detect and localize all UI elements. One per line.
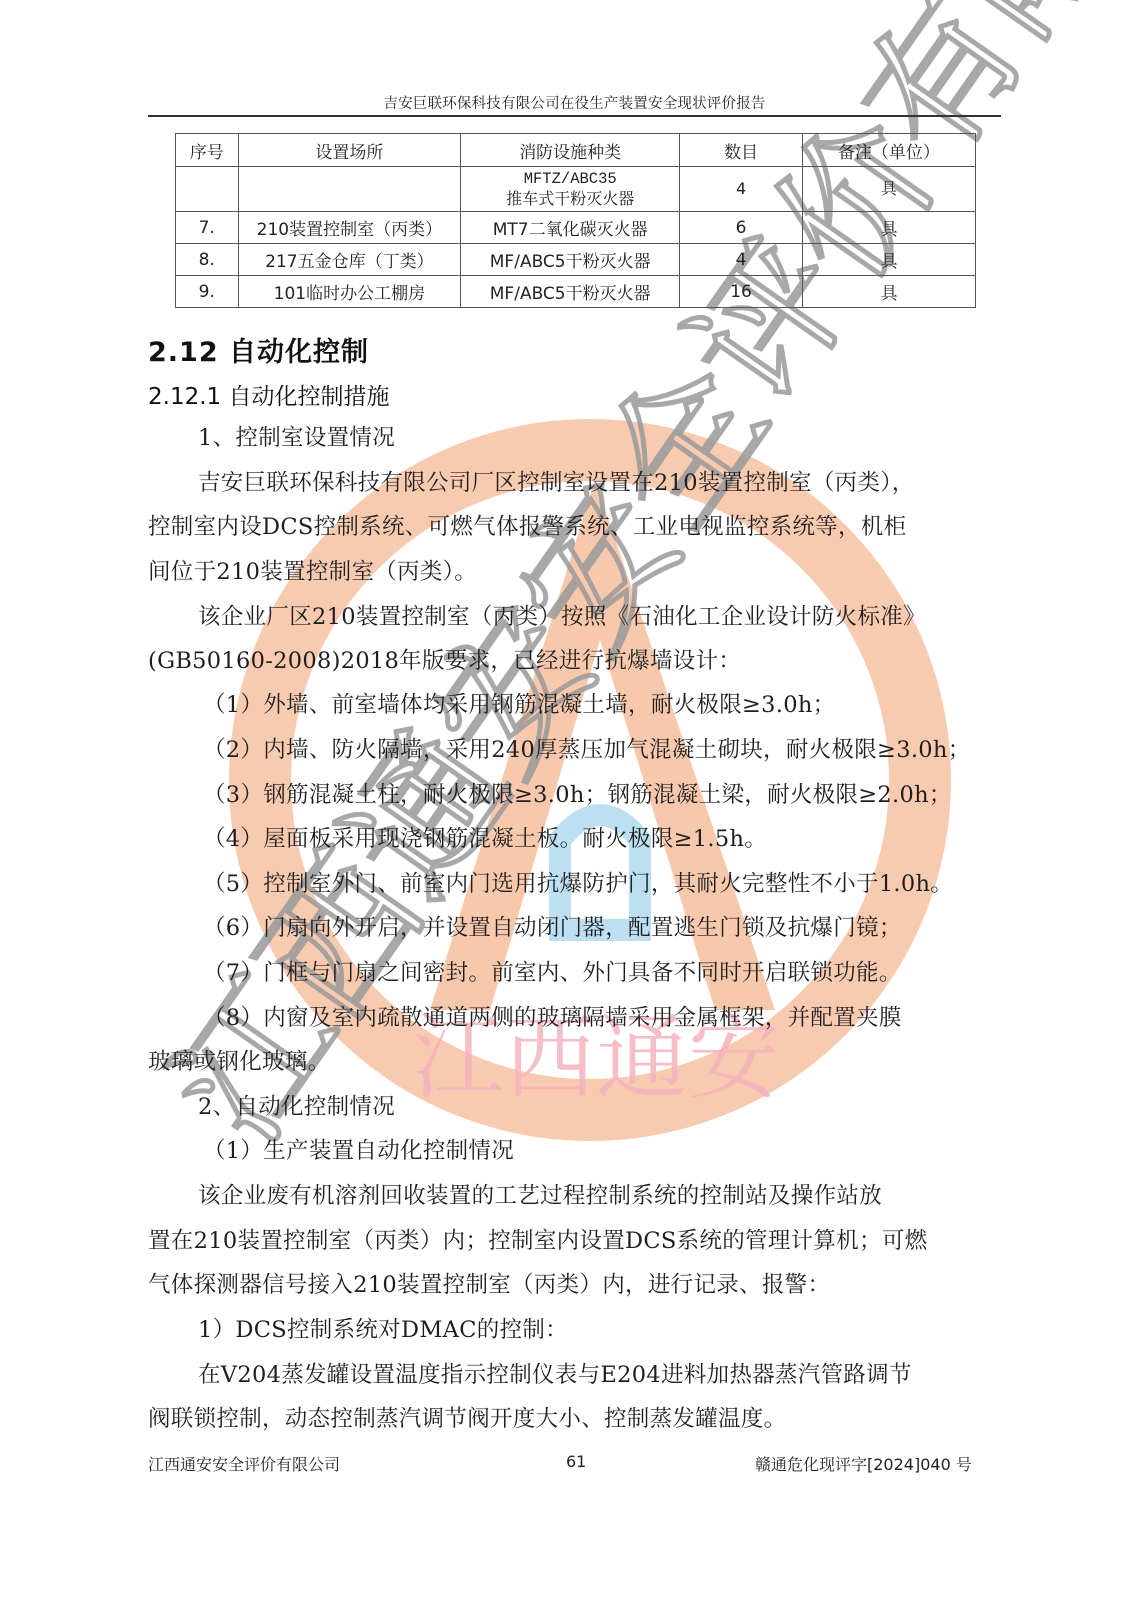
item-heading: 1、控制室设置情况 xyxy=(198,423,1058,453)
list-item: （7）门框与门扇之间密封。前室内、外门具备不同时开启联锁功能。 xyxy=(203,958,1063,988)
list-item: （5）控制室外门、前室内门选用抗爆防护门，其耐火完整性不小于1.0h。 xyxy=(203,869,1063,899)
cell-place xyxy=(238,167,461,212)
cell-type: MF/ABC5干粉灭火器 xyxy=(461,244,680,276)
column-header-place: 设置场所 xyxy=(238,134,461,167)
paragraph-line: (GB50160-2008)2018年版要求，已经进行抗爆墙设计： xyxy=(148,646,1008,676)
column-header-type: 消防设施种类 xyxy=(461,134,680,167)
list-item-continued: 玻璃或钢化玻璃。 xyxy=(148,1047,1008,1077)
list-item: （3）钢筋混凝土柱，耐火极限≥3.0h；钢筋混凝土梁，耐火极限≥2.0h； xyxy=(203,780,1063,810)
header-rule xyxy=(148,115,1001,117)
page-number: 61 xyxy=(566,1452,586,1471)
table-row: 7. 210装置控制室（丙类） MT7二氧化碳灭火器 6 具 xyxy=(176,212,976,244)
cell-count: 4 xyxy=(680,167,803,212)
cell-unit: 具 xyxy=(802,244,975,276)
item-heading: 2、自动化控制情况 xyxy=(198,1092,1058,1122)
paragraph-line: 在V204蒸发罐设置温度指示控制仪表与E204进料加热器蒸汽管路调节 xyxy=(198,1360,1058,1390)
sub-item-heading: 1）DCS控制系统对DMAC的控制： xyxy=(198,1315,1058,1345)
cell-type-model: MFTZ/ABC35 xyxy=(465,169,675,189)
paragraph-line: 间位于210装置控制室（丙类）。 xyxy=(148,557,1008,587)
paragraph-line: 该企业厂区210装置控制室（丙类）按照《石油化工企业设计防火标准》 xyxy=(198,602,1058,632)
cell-seq: 7. xyxy=(176,212,239,244)
cell-type: MFTZ/ABC35 推车式干粉灭火器 xyxy=(461,167,680,212)
table-row: 8. 217五金仓库（丁类） MF/ABC5干粉灭火器 4 具 xyxy=(176,244,976,276)
table-row: 9. 101临时办公工棚房 MF/ABC5干粉灭火器 16 具 xyxy=(176,276,976,308)
cell-place: 217五金仓库（丁类） xyxy=(238,244,461,276)
cell-place: 101临时办公工棚房 xyxy=(238,276,461,308)
list-item: （4）屋面板采用现浇钢筋混凝土板。耐火极限≥1.5h。 xyxy=(203,824,1063,854)
running-header: 吉安巨联环保科技有限公司在役生产装置安全现状评价报告 xyxy=(148,92,1001,113)
cell-type: MT7二氧化碳灭火器 xyxy=(461,212,680,244)
cell-seq: 8. xyxy=(176,244,239,276)
paragraph-line: 该企业废有机溶剂回收装置的工艺过程控制系统的控制站及操作站放 xyxy=(198,1181,1058,1211)
column-header-seq: 序号 xyxy=(176,134,239,167)
cell-count: 4 xyxy=(680,244,803,276)
section-heading: 2.12 自动化控制 xyxy=(148,330,369,369)
column-header-note: 备注（单位） xyxy=(802,134,975,167)
cell-unit: 具 xyxy=(802,167,975,212)
cell-type: MF/ABC5干粉灭火器 xyxy=(461,276,680,308)
cell-unit: 具 xyxy=(802,276,975,308)
footer-company: 江西通安安全评价有限公司 xyxy=(148,1452,340,1475)
paragraph-line: 阀联锁控制，动态控制蒸汽调节阀开度大小、控制蒸发罐温度。 xyxy=(148,1404,1008,1434)
cell-type-desc: 推车式干粉灭火器 xyxy=(465,189,675,209)
document-page: 江西通安安全评价有限公司 江西通安 吉安巨联环保科技有限公司在役生产装置安全现状… xyxy=(0,0,1131,1600)
cell-seq xyxy=(176,167,239,212)
paragraph-line: 气体探测器信号接入210装置控制室（丙类）内，进行记录、报警： xyxy=(148,1270,1008,1300)
cell-seq: 9. xyxy=(176,276,239,308)
fire-equipment-table: 序号 设置场所 消防设施种类 数目 备注（单位） MFTZ/ABC35 推车式干… xyxy=(175,133,976,308)
cell-count: 6 xyxy=(680,212,803,244)
cell-unit: 具 xyxy=(802,212,975,244)
subsection-heading: 2.12.1 自动化控制措施 xyxy=(148,378,389,411)
cell-place: 210装置控制室（丙类） xyxy=(238,212,461,244)
list-item: （1）外墙、前室墙体均采用钢筋混凝土墙，耐火极限≥3.0h； xyxy=(203,690,1063,720)
paragraph-line: 置在210装置控制室（丙类）内；控制室内设置DCS系统的管理计算机；可燃 xyxy=(148,1226,1008,1256)
footer-doc-number: 赣通危化现评字[2024]040 号 xyxy=(755,1452,972,1475)
list-item: （8）内窗及室内疏散通道两侧的玻璃隔墙采用金属框架，并配置夹膜 xyxy=(203,1003,1063,1033)
table-row: MFTZ/ABC35 推车式干粉灭火器 4 具 xyxy=(176,167,976,212)
paragraph-line: 控制室内设DCS控制系统、可燃气体报警系统、工业电视监控系统等，机柜 xyxy=(148,512,1008,542)
paragraph-line: 吉安巨联环保科技有限公司厂区控制室设置在210装置控制室（丙类）， xyxy=(198,468,1058,498)
column-header-count: 数目 xyxy=(680,134,803,167)
list-item: （6）门扇向外开启，并设置自动闭门器，配置逃生门锁及抗爆门镜； xyxy=(203,913,1063,943)
sub-item-heading: （1）生产装置自动化控制情况 xyxy=(203,1136,1063,1166)
list-item: （2）内墙、防火隔墙，采用240厚蒸压加气混凝土砌块，耐火极限≥3.0h； xyxy=(203,735,1063,765)
cell-count: 16 xyxy=(680,276,803,308)
